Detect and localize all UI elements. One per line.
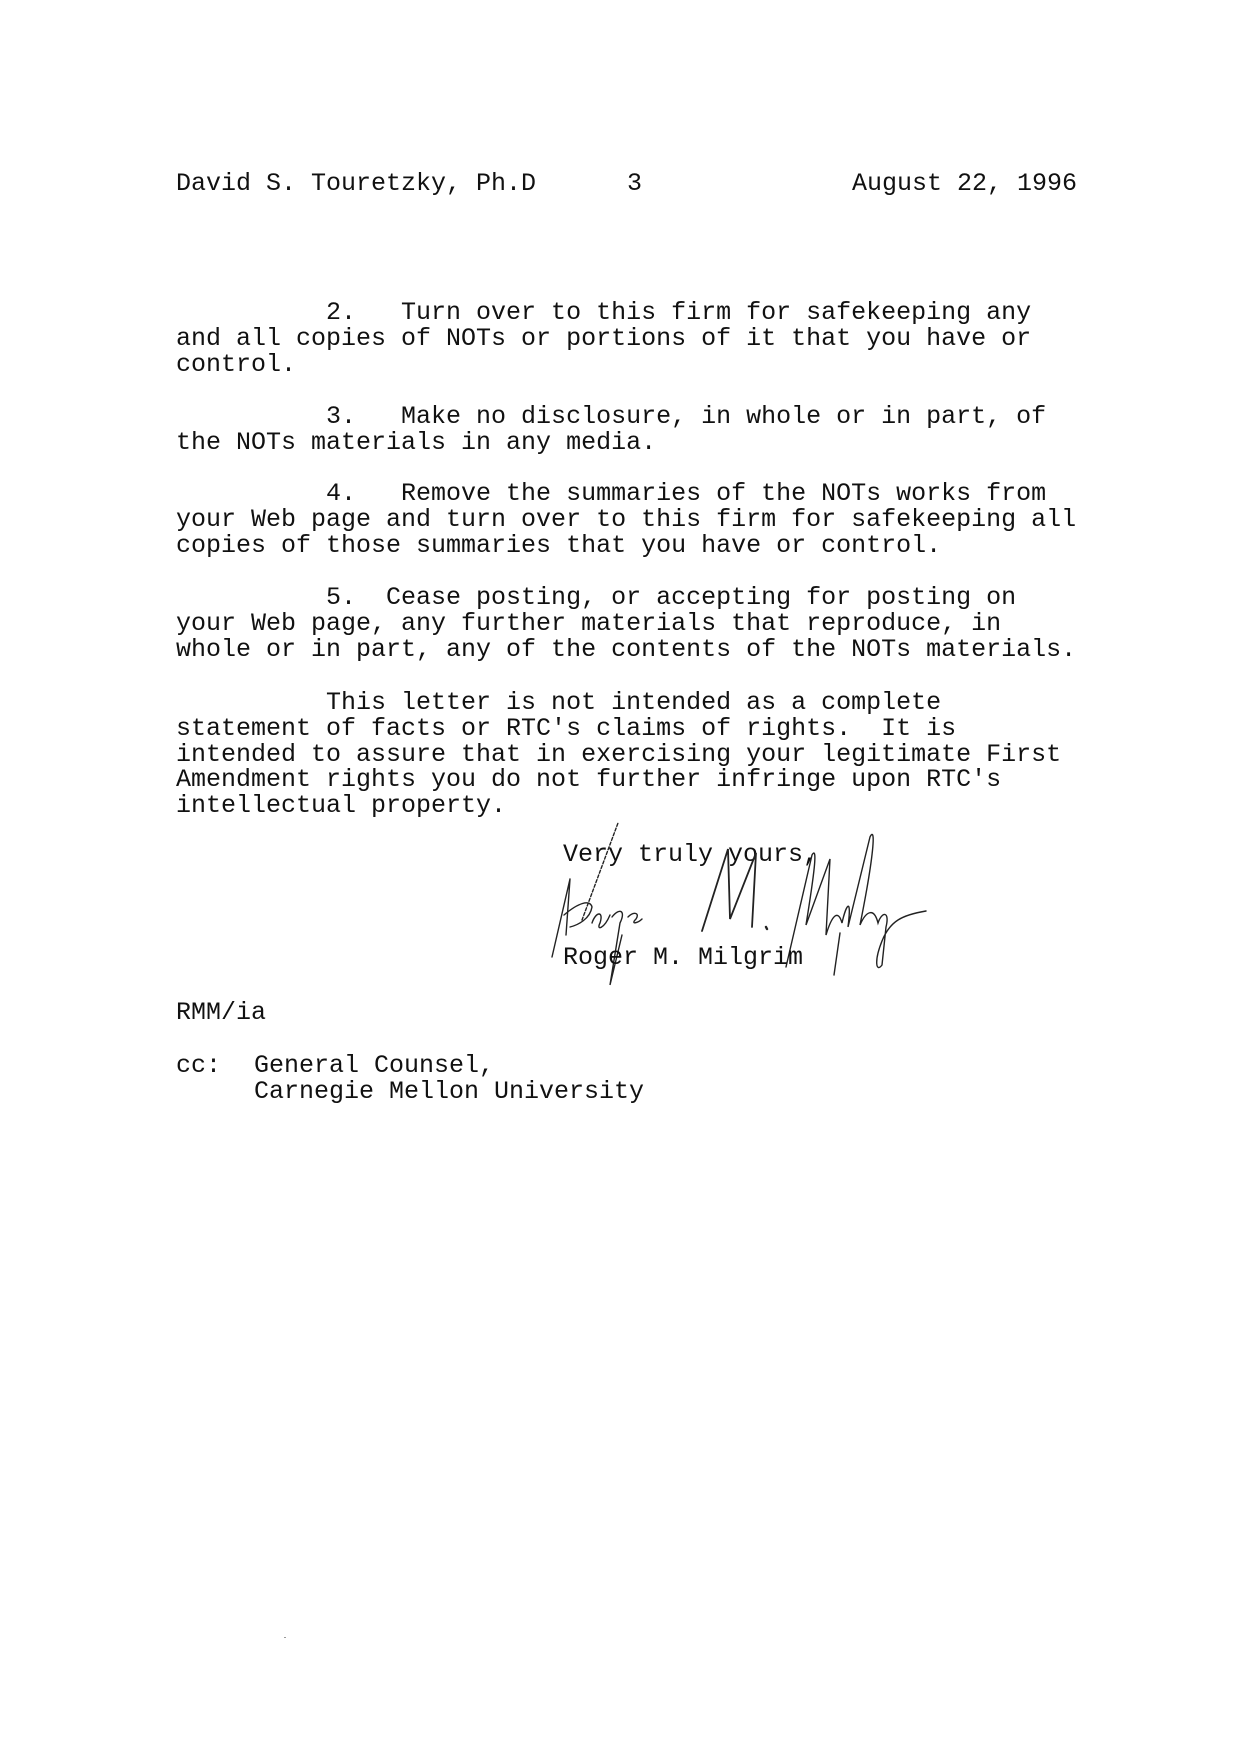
paragraph-line: This letter is not intended as a complet…: [176, 690, 1096, 716]
cc-label: cc:: [176, 1053, 221, 1079]
cc-recipient-line: Carnegie Mellon University: [254, 1079, 644, 1105]
paragraph-line: control.: [176, 352, 1096, 378]
paragraph-line: 4. Remove the summaries of the NOTs work…: [176, 481, 1096, 507]
cc-recipient-line: General Counsel,: [254, 1053, 494, 1079]
valediction: Very truly yours,: [563, 842, 818, 868]
paragraph-line: 3. Make no disclosure, in whole or in pa…: [176, 404, 1096, 430]
paragraph-line: 5. Cease posting, or accepting for posti…: [176, 585, 1096, 611]
paragraph-line: Amendment rights you do not further infr…: [176, 767, 1096, 793]
paragraph-line: whole or in part, any of the contents of…: [176, 637, 1096, 663]
paragraph-line: statement of facts or RTC's claims of ri…: [176, 716, 1096, 742]
paragraph-line: your Web page, any further materials tha…: [176, 611, 1096, 637]
letter-page: David S. Touretzky, Ph.D 3 August 22, 19…: [0, 0, 1248, 1753]
header-recipient: David S. Touretzky, Ph.D: [176, 171, 536, 197]
signer-name: Roger M. Milgrim: [563, 945, 803, 971]
page-number: 3: [627, 171, 642, 197]
letter-date: August 22, 1996: [852, 171, 1077, 197]
paragraph-line: 2. Turn over to this firm for safekeepin…: [176, 300, 1096, 326]
paragraph-item-3: 3. Make no disclosure, in whole or in pa…: [176, 404, 1096, 456]
scan-speck: [284, 1637, 286, 1638]
paragraph-line: and all copies of NOTs or portions of it…: [176, 326, 1096, 352]
paragraph-item-4: 4. Remove the summaries of the NOTs work…: [176, 481, 1096, 558]
paragraph-item-2: 2. Turn over to this firm for safekeepin…: [176, 300, 1096, 377]
paragraph-line: copies of those summaries that you have …: [176, 533, 1096, 559]
paragraph-line: the NOTs materials in any media.: [176, 430, 1096, 456]
paragraph-item-5: 5. Cease posting, or accepting for posti…: [176, 585, 1096, 662]
paragraph-line: your Web page and turn over to this firm…: [176, 507, 1096, 533]
paragraph-line: intellectual property.: [176, 793, 1096, 819]
reference-initials: RMM/ia: [176, 1000, 266, 1026]
paragraph-line: intended to assure that in exercising yo…: [176, 742, 1096, 768]
closing-paragraph: This letter is not intended as a complet…: [176, 690, 1096, 819]
